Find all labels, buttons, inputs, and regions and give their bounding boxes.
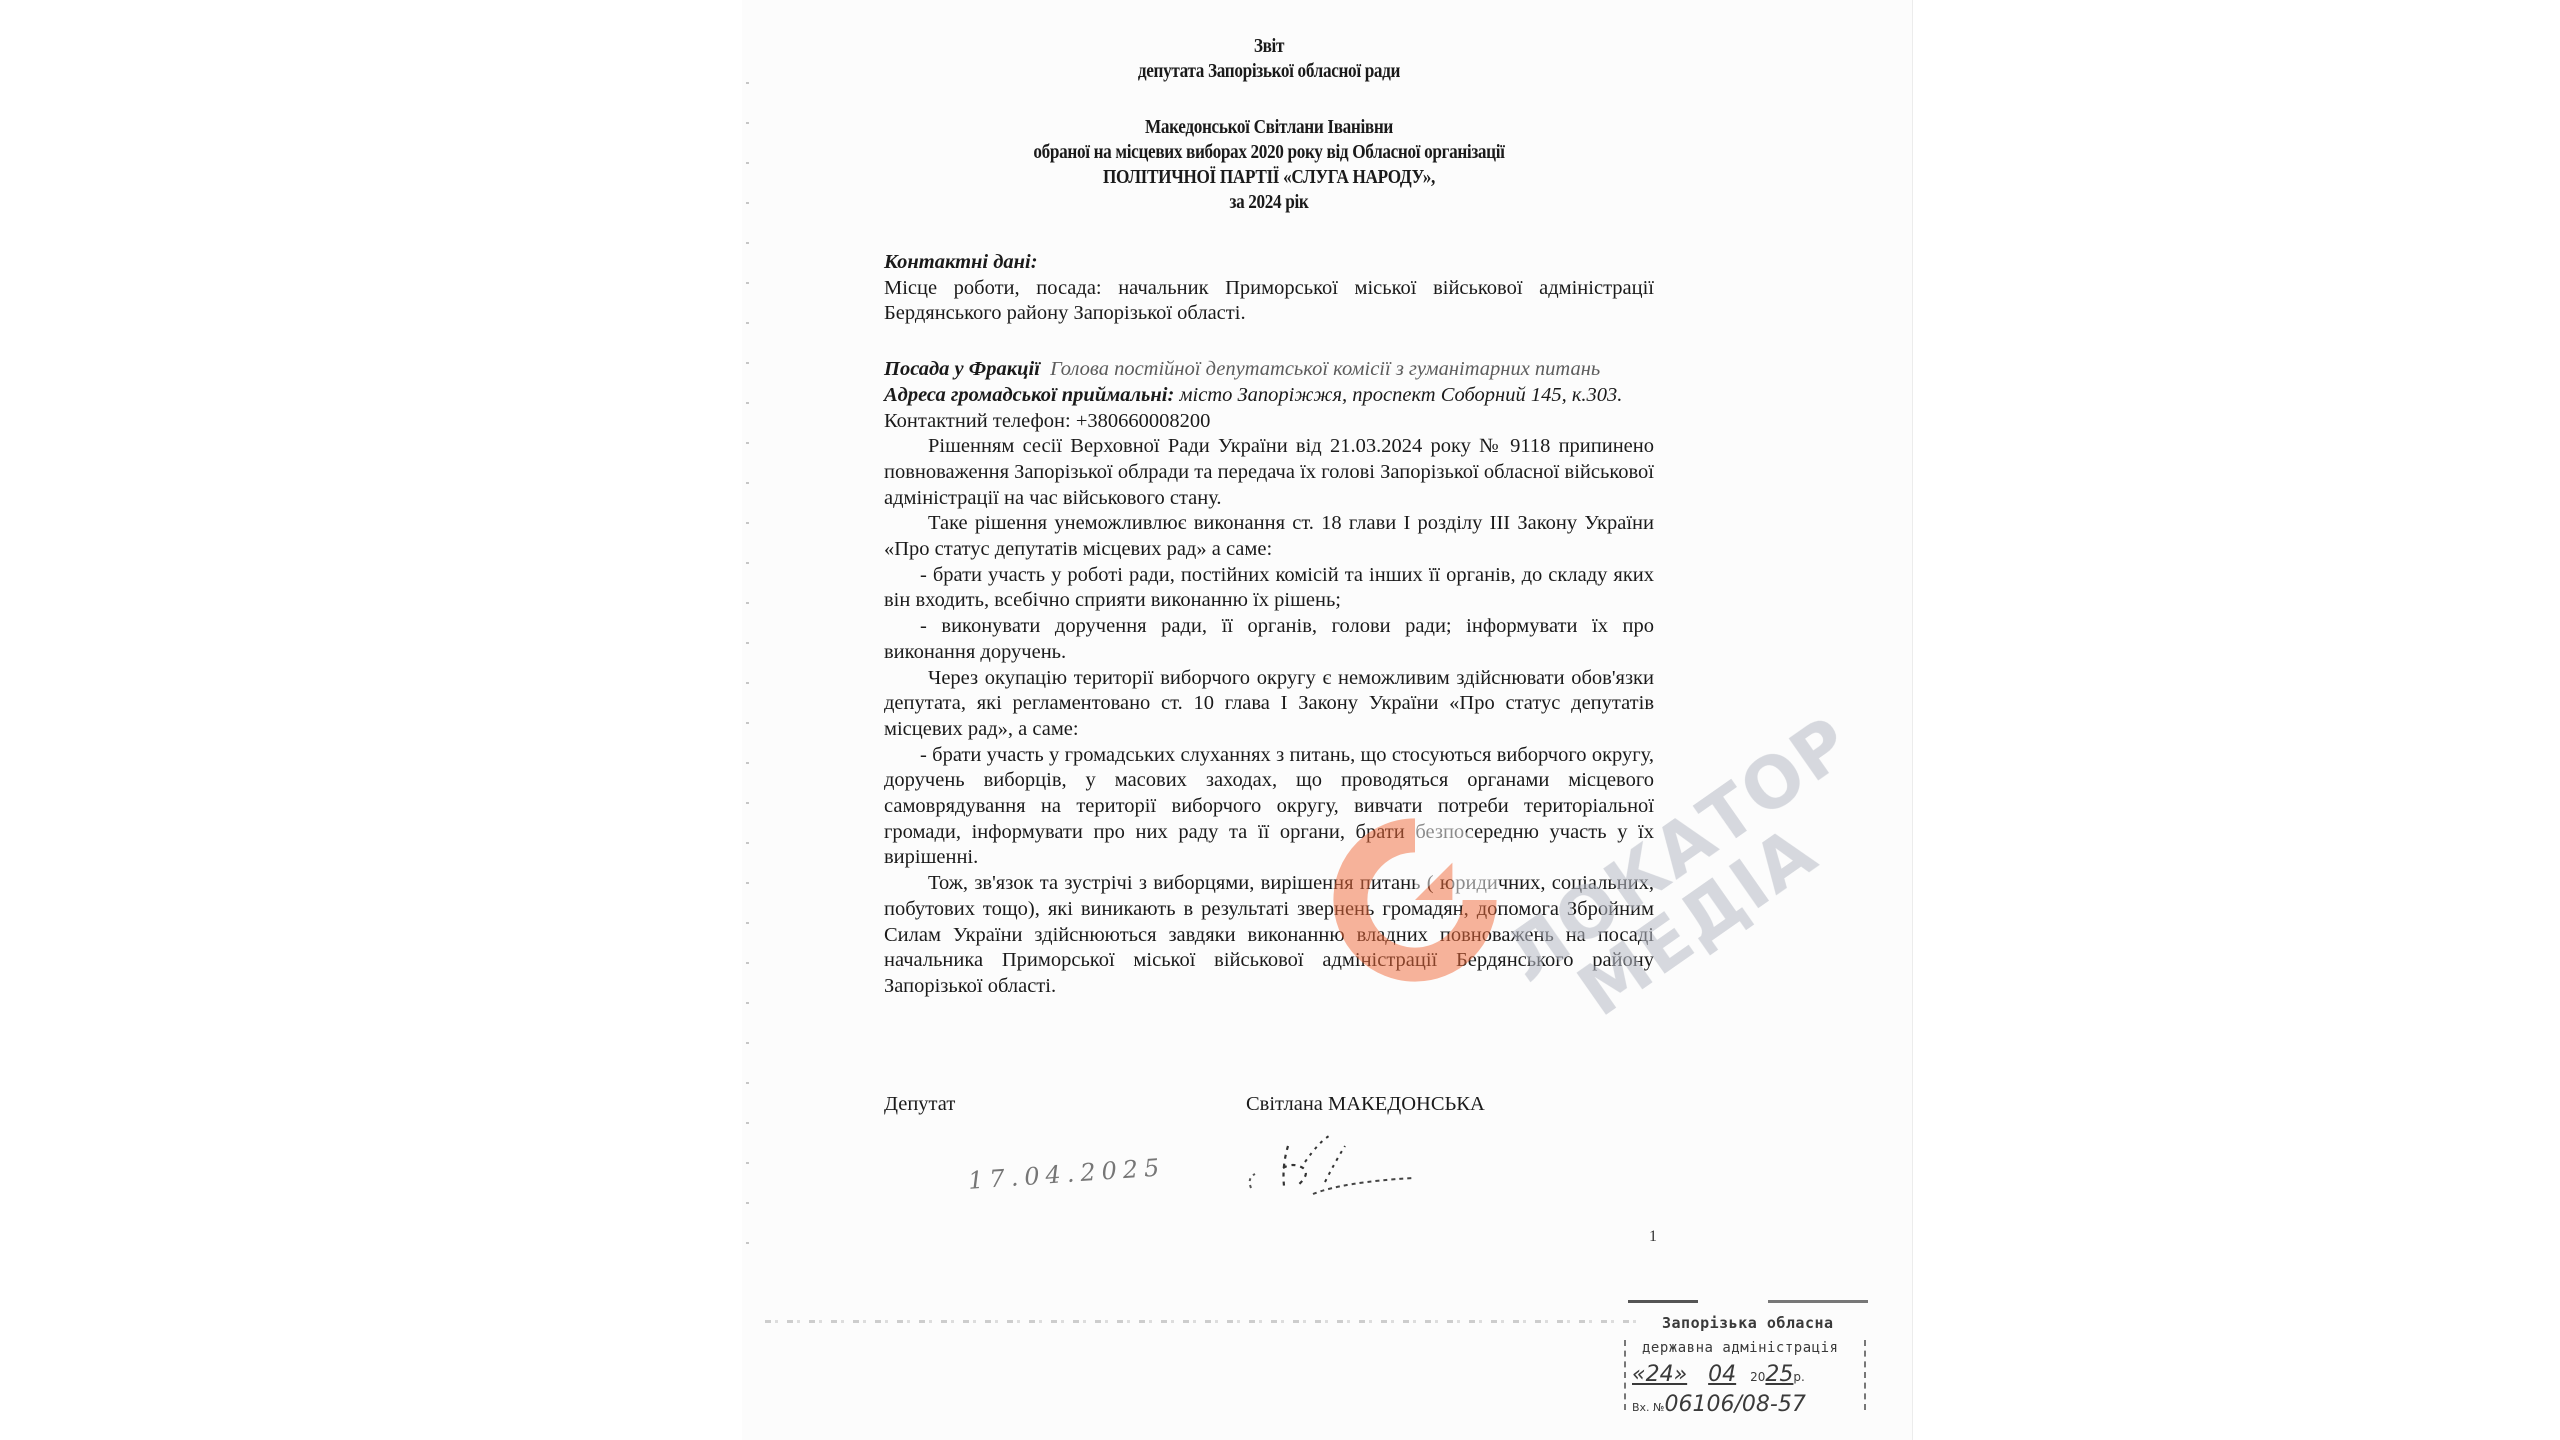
signer-role: Депутат bbox=[884, 1093, 955, 1116]
list-item: - виконувати доручення ради, її органів,… bbox=[884, 614, 1654, 665]
report-body: Контактні дані: Місце роботи, посада: на… bbox=[884, 250, 1654, 1000]
scan-artifact bbox=[746, 60, 749, 1260]
signer-name: Світлана МАКЕДОНСЬКА bbox=[1246, 1093, 1485, 1116]
contacts-heading: Контактні дані: bbox=[884, 250, 1654, 276]
stamp-reg-number: Вх. №06106/08-57 bbox=[1632, 1392, 1806, 1417]
signature-icon bbox=[1243, 1128, 1423, 1208]
list-item: - брати участь у роботі ради, постійних … bbox=[884, 563, 1654, 614]
title-line: депутата Запорізької обласної ради bbox=[938, 59, 1600, 84]
title-line: Македонської Світлани Іванівни bbox=[938, 115, 1600, 140]
stamp-org-line2: державна адміністрація bbox=[1642, 1340, 1838, 1356]
paragraph: Тож, зв'язок та зустрічі з виборцями, ви… bbox=[884, 871, 1654, 1000]
stamp-org-line1: Запорізька обласна bbox=[1662, 1314, 1834, 1332]
page-number: 1 bbox=[1649, 1228, 1657, 1246]
page-edge bbox=[1912, 0, 1913, 1440]
address-line: Адреса громадської приймальні: місто Зап… bbox=[884, 383, 1654, 409]
stamp-date: «24» 04 2025р. bbox=[1632, 1362, 1805, 1387]
paragraph: Рішенням сесії Верховної Ради України ві… bbox=[884, 434, 1654, 511]
registration-stamp: Запорізька обласна державна адміністраці… bbox=[1622, 1300, 1872, 1430]
list-item: - брати участь у громадських слуханнях з… bbox=[884, 743, 1654, 872]
signature-block: Депутат Світлана МАКЕДОНСЬКА bbox=[884, 1093, 1654, 1123]
scan-artifact bbox=[765, 1320, 1645, 1323]
workplace-text: Місце роботи, посада: начальник Приморсь… bbox=[884, 276, 1654, 327]
paragraph: Таке рішення унеможливлює виконання ст. … bbox=[884, 511, 1654, 562]
title-line: обраної на місцевих виборах 2020 року ві… bbox=[938, 140, 1600, 165]
title-line: за 2024 рік bbox=[938, 190, 1600, 215]
position-line: Посада у Фракції Голова постійної депута… bbox=[884, 357, 1654, 383]
paragraph: Через окупацію території виборчого округ… bbox=[884, 666, 1654, 743]
title-line: ПОЛІТИЧНОЇ ПАРТІЇ «СЛУГА НАРОДУ», bbox=[938, 165, 1600, 190]
report-title: Звіт депутата Запорізької обласної ради … bbox=[938, 34, 1600, 215]
title-line: Звіт bbox=[938, 34, 1600, 59]
phone-line: Контактний телефон: +380660008200 bbox=[884, 409, 1654, 435]
